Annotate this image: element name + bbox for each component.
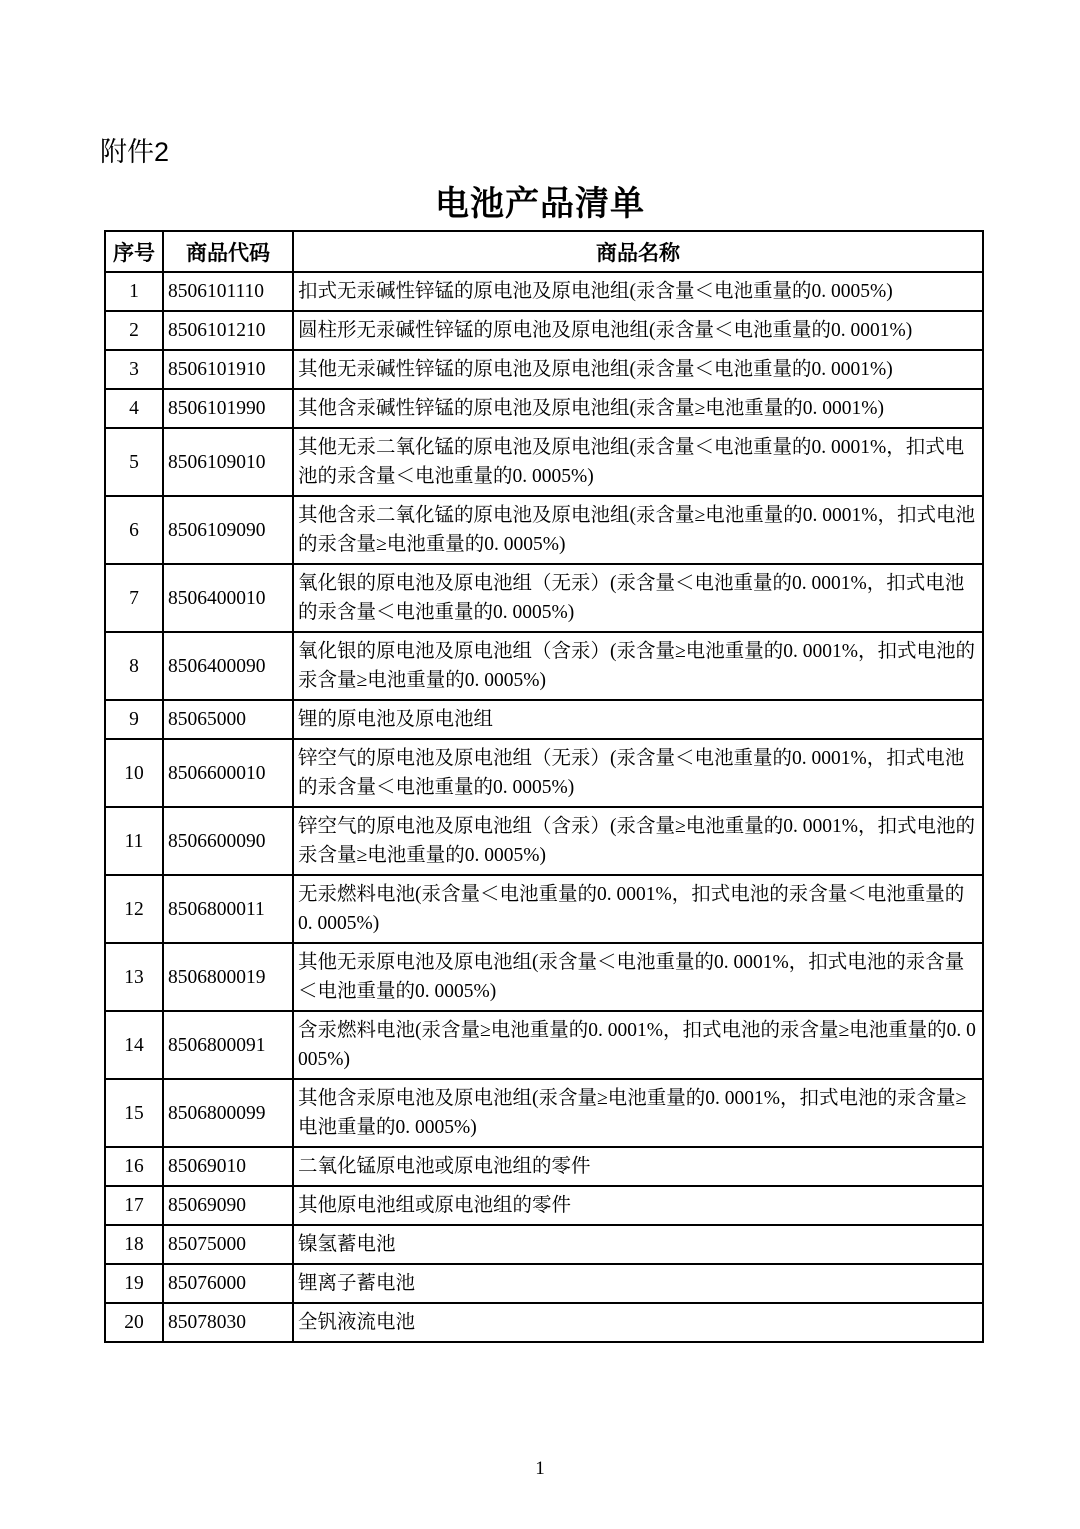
table-row: 148506800091含汞燃料电池(汞含量≥电池重量的0. 0001%，扣式电… <box>105 1011 983 1079</box>
row-code-cell: 85076000 <box>163 1264 293 1303</box>
table-header-row: 序号 商品代码 商品名称 <box>105 231 983 272</box>
row-code-cell: 85078030 <box>163 1303 293 1342</box>
row-name-cell: 其他含汞原电池及原电池组(汞含量≥电池重量的0. 0001%，扣式电池的汞含量≥… <box>293 1079 983 1147</box>
row-serial-cell: 16 <box>105 1147 163 1186</box>
row-name-cell: 其他原电池组或原电池组的零件 <box>293 1186 983 1225</box>
row-code-cell: 8506400090 <box>163 632 293 700</box>
row-name-cell: 其他无汞二氧化锰的原电池及原电池组(汞含量＜电池重量的0. 0001%，扣式电池… <box>293 428 983 496</box>
row-code-cell: 8506101910 <box>163 350 293 389</box>
table-row: 78506400010氧化银的原电池及原电池组（无汞）(汞含量＜电池重量的0. … <box>105 564 983 632</box>
row-name-cell: 扣式无汞碱性锌锰的原电池及原电池组(汞含量＜电池重量的0. 0005%) <box>293 272 983 311</box>
row-name-cell: 氧化银的原电池及原电池组（含汞）(汞含量≥电池重量的0. 0001%，扣式电池的… <box>293 632 983 700</box>
table-row: 2085078030全钒液流电池 <box>105 1303 983 1342</box>
row-code-cell: 85069010 <box>163 1147 293 1186</box>
table-row: 128506800011无汞燃料电池(汞含量＜电池重量的0. 0001%，扣式电… <box>105 875 983 943</box>
row-code-cell: 8506101210 <box>163 311 293 350</box>
row-code-cell: 85075000 <box>163 1225 293 1264</box>
table-row: 1885075000镍氢蓄电池 <box>105 1225 983 1264</box>
header-product-name: 商品名称 <box>293 231 983 272</box>
row-serial-cell: 15 <box>105 1079 163 1147</box>
row-name-cell: 无汞燃料电池(汞含量＜电池重量的0. 0001%，扣式电池的汞含量＜电池重量的0… <box>293 875 983 943</box>
document-page: 附件2 电池产品清单 序号 商品代码 商品名称 18506101110扣式无汞碱… <box>0 0 1080 1529</box>
row-code-cell: 8506109010 <box>163 428 293 496</box>
row-serial-cell: 4 <box>105 389 163 428</box>
table-body: 18506101110扣式无汞碱性锌锰的原电池及原电池组(汞含量＜电池重量的0.… <box>105 272 983 1342</box>
row-code-cell: 8506800091 <box>163 1011 293 1079</box>
table-row: 88506400090氧化银的原电池及原电池组（含汞）(汞含量≥电池重量的0. … <box>105 632 983 700</box>
row-code-cell: 85069090 <box>163 1186 293 1225</box>
row-serial-cell: 8 <box>105 632 163 700</box>
row-code-cell: 8506109090 <box>163 496 293 564</box>
page-number: 1 <box>0 1458 1080 1480</box>
table-row: 38506101910其他无汞碱性锌锰的原电池及原电池组(汞含量＜电池重量的0.… <box>105 350 983 389</box>
table-row: 48506101990其他含汞碱性锌锰的原电池及原电池组(汞含量≥电池重量的0.… <box>105 389 983 428</box>
table-row: 985065000锂的原电池及原电池组 <box>105 700 983 739</box>
row-code-cell: 8506800019 <box>163 943 293 1011</box>
row-code-cell: 8506400010 <box>163 564 293 632</box>
row-name-cell: 锂的原电池及原电池组 <box>293 700 983 739</box>
row-name-cell: 其他无汞原电池及原电池组(汞含量＜电池重量的0. 0001%，扣式电池的汞含量＜… <box>293 943 983 1011</box>
header-product-code: 商品代码 <box>163 231 293 272</box>
row-serial-cell: 14 <box>105 1011 163 1079</box>
row-serial-cell: 10 <box>105 739 163 807</box>
row-serial-cell: 2 <box>105 311 163 350</box>
row-serial-cell: 20 <box>105 1303 163 1342</box>
row-serial-cell: 13 <box>105 943 163 1011</box>
table-row: 1685069010二氧化锰原电池或原电池组的零件 <box>105 1147 983 1186</box>
table-row: 138506800019其他无汞原电池及原电池组(汞含量＜电池重量的0. 000… <box>105 943 983 1011</box>
row-code-cell: 8506101990 <box>163 389 293 428</box>
row-code-cell: 8506600010 <box>163 739 293 807</box>
row-serial-cell: 7 <box>105 564 163 632</box>
row-serial-cell: 12 <box>105 875 163 943</box>
row-name-cell: 圆柱形无汞碱性锌锰的原电池及原电池组(汞含量＜电池重量的0. 0001%) <box>293 311 983 350</box>
row-serial-cell: 18 <box>105 1225 163 1264</box>
row-serial-cell: 3 <box>105 350 163 389</box>
row-name-cell: 锌空气的原电池及原电池组（无汞）(汞含量＜电池重量的0. 0001%，扣式电池的… <box>293 739 983 807</box>
attachment-label: 附件2 <box>100 130 169 169</box>
row-name-cell: 氧化银的原电池及原电池组（无汞）(汞含量＜电池重量的0. 0001%，扣式电池的… <box>293 564 983 632</box>
row-code-cell: 8506800011 <box>163 875 293 943</box>
row-name-cell: 锌空气的原电池及原电池组（含汞）(汞含量≥电池重量的0. 0001%，扣式电池的… <box>293 807 983 875</box>
battery-product-table: 序号 商品代码 商品名称 18506101110扣式无汞碱性锌锰的原电池及原电池… <box>104 230 984 1343</box>
table-row: 18506101110扣式无汞碱性锌锰的原电池及原电池组(汞含量＜电池重量的0.… <box>105 272 983 311</box>
table-row: 28506101210圆柱形无汞碱性锌锰的原电池及原电池组(汞含量＜电池重量的0… <box>105 311 983 350</box>
row-serial-cell: 19 <box>105 1264 163 1303</box>
table-row: 1785069090其他原电池组或原电池组的零件 <box>105 1186 983 1225</box>
row-serial-cell: 6 <box>105 496 163 564</box>
row-serial-cell: 9 <box>105 700 163 739</box>
row-name-cell: 锂离子蓄电池 <box>293 1264 983 1303</box>
table-row: 1985076000锂离子蓄电池 <box>105 1264 983 1303</box>
row-serial-cell: 5 <box>105 428 163 496</box>
row-name-cell: 其他含汞碱性锌锰的原电池及原电池组(汞含量≥电池重量的0. 0001%) <box>293 389 983 428</box>
row-code-cell: 8506101110 <box>163 272 293 311</box>
row-name-cell: 全钒液流电池 <box>293 1303 983 1342</box>
table-row: 58506109010其他无汞二氧化锰的原电池及原电池组(汞含量＜电池重量的0.… <box>105 428 983 496</box>
row-name-cell: 其他含汞二氧化锰的原电池及原电池组(汞含量≥电池重量的0. 0001%，扣式电池… <box>293 496 983 564</box>
row-code-cell: 8506600090 <box>163 807 293 875</box>
table-row: 68506109090其他含汞二氧化锰的原电池及原电池组(汞含量≥电池重量的0.… <box>105 496 983 564</box>
row-serial-cell: 1 <box>105 272 163 311</box>
row-serial-cell: 17 <box>105 1186 163 1225</box>
row-name-cell: 含汞燃料电池(汞含量≥电池重量的0. 0001%，扣式电池的汞含量≥电池重量的0… <box>293 1011 983 1079</box>
row-serial-cell: 11 <box>105 807 163 875</box>
row-name-cell: 镍氢蓄电池 <box>293 1225 983 1264</box>
row-code-cell: 8506800099 <box>163 1079 293 1147</box>
row-name-cell: 其他无汞碱性锌锰的原电池及原电池组(汞含量＜电池重量的0. 0001%) <box>293 350 983 389</box>
row-code-cell: 85065000 <box>163 700 293 739</box>
table-row: 158506800099其他含汞原电池及原电池组(汞含量≥电池重量的0. 000… <box>105 1079 983 1147</box>
table-row: 108506600010锌空气的原电池及原电池组（无汞）(汞含量＜电池重量的0.… <box>105 739 983 807</box>
row-name-cell: 二氧化锰原电池或原电池组的零件 <box>293 1147 983 1186</box>
header-serial-number: 序号 <box>105 231 163 272</box>
page-title: 电池产品清单 <box>0 176 1080 225</box>
table-row: 118506600090锌空气的原电池及原电池组（含汞）(汞含量≥电池重量的0.… <box>105 807 983 875</box>
